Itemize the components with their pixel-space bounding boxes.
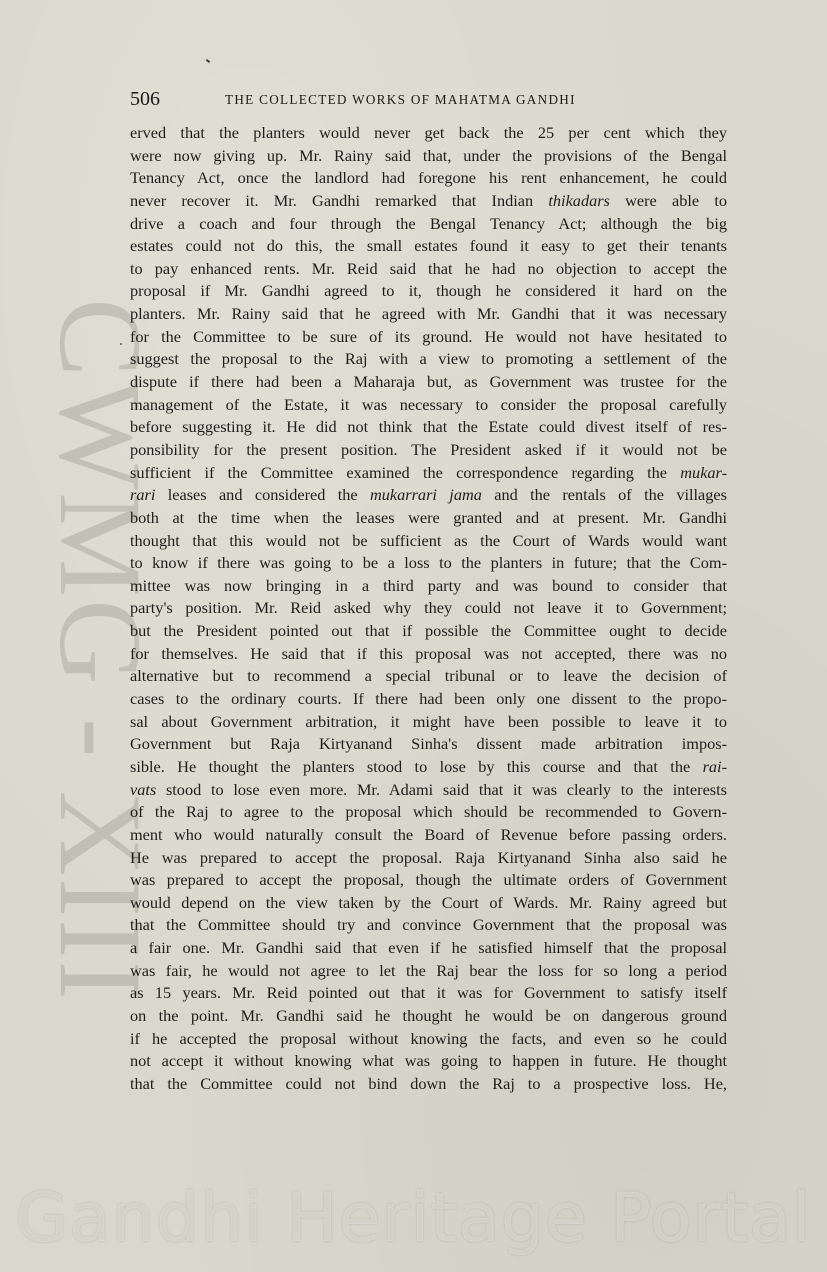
italic-term: rai- <box>703 757 727 776</box>
italic-term: vats <box>130 780 156 799</box>
text-line: for the Committee to be sure of its grou… <box>130 326 727 349</box>
text-line: ponsibility for the present position. Th… <box>130 439 727 462</box>
page-number: 506 <box>130 88 160 111</box>
text-line: thought that this would not be sufficien… <box>130 530 727 553</box>
text-line: but the President pointed out that if po… <box>130 620 727 643</box>
text-line: cases to the ordinary courts. If there h… <box>130 688 727 711</box>
text-line: sufficient if the Committee examined the… <box>130 462 727 485</box>
text-line: to pay enhanced rents. Mr. Reid said tha… <box>130 258 727 281</box>
book-title: THE COLLECTED WORKS OF MAHATMA GANDHI <box>225 92 576 108</box>
text-line: before suggesting it. He did not think t… <box>130 416 727 439</box>
text-line: of the Raj to agree to the proposal whic… <box>130 801 727 824</box>
document-page: CWMG - XIII 506 THE COLLECTED WORKS OF M… <box>0 0 827 1272</box>
text-line: planters. Mr. Rainy said that he agreed … <box>130 303 727 326</box>
text-line: not accept it without knowing what was g… <box>130 1050 727 1073</box>
text-line: drive a coach and four through the Benga… <box>130 213 727 236</box>
text-line: would depend on the view taken by the Co… <box>130 892 727 915</box>
text-line: ment who would naturally consult the Boa… <box>130 824 727 847</box>
text-line: erved that the planters would never get … <box>130 122 727 145</box>
text-line: to know if there was going to be a loss … <box>130 552 727 575</box>
text-line: never recover it. Mr. Gandhi remarked th… <box>130 190 727 213</box>
text-line: He was prepared to accept the proposal. … <box>130 847 727 870</box>
text-line: vats stood to lose even more. Mr. Adami … <box>130 779 727 802</box>
text-line: Government but Raja Kirtyanand Sinha's d… <box>130 733 727 756</box>
text-line: Tenancy Act, once the landlord had foreg… <box>130 167 727 190</box>
text-line: party's position. Mr. Reid asked why the… <box>130 597 727 620</box>
text-line: alternative but to recommend a special t… <box>130 665 727 688</box>
italic-term: mukarrari jama <box>370 485 482 504</box>
text-line: as 15 years. Mr. Reid pointed out that i… <box>130 982 727 1005</box>
text-line: estates could not do this, the small est… <box>130 235 727 258</box>
text-line: management of the Estate, it was necessa… <box>130 394 727 417</box>
paper-speck <box>120 343 122 345</box>
text-line: on the point. Mr. Gandhi said he thought… <box>130 1005 727 1028</box>
text-line: suggest the proposal to the Raj with a v… <box>130 348 727 371</box>
italic-term: thikadars <box>548 191 610 210</box>
body-text: erved that the planters would never get … <box>130 122 727 1096</box>
bottom-watermark: Gandhi Heritage Portal <box>8 1185 819 1253</box>
text-line: sible. He thought the planters stood to … <box>130 756 727 779</box>
text-line: that the Committee should try and convin… <box>130 914 727 937</box>
text-line: mittee was now bringing in a third party… <box>130 575 727 598</box>
paper-speck <box>206 59 210 63</box>
text-line: rari leases and considered the mukarrari… <box>130 484 727 507</box>
italic-term: mukar- <box>680 463 727 482</box>
italic-term: rari <box>130 485 155 504</box>
text-line: sal about Government arbitration, it mig… <box>130 711 727 734</box>
text-line: if he accepted the proposal without know… <box>130 1028 727 1051</box>
text-line: for themselves. He said that if this pro… <box>130 643 727 666</box>
text-line: was prepared to accept the proposal, tho… <box>130 869 727 892</box>
text-line: that the Committee could not bind down t… <box>130 1073 727 1096</box>
text-line: both at the time when the leases were gr… <box>130 507 727 530</box>
running-head: 506 THE COLLECTED WORKS OF MAHATMA GANDH… <box>130 88 730 114</box>
text-line: were now giving up. Mr. Rainy said that,… <box>130 145 727 168</box>
text-line: was fair, he would not agree to let the … <box>130 960 727 983</box>
text-line: a fair one. Mr. Gandhi said that even if… <box>130 937 727 960</box>
text-line: proposal if Mr. Gandhi agreed to it, tho… <box>130 280 727 303</box>
text-line: dispute if there had been a Maharaja but… <box>130 371 727 394</box>
